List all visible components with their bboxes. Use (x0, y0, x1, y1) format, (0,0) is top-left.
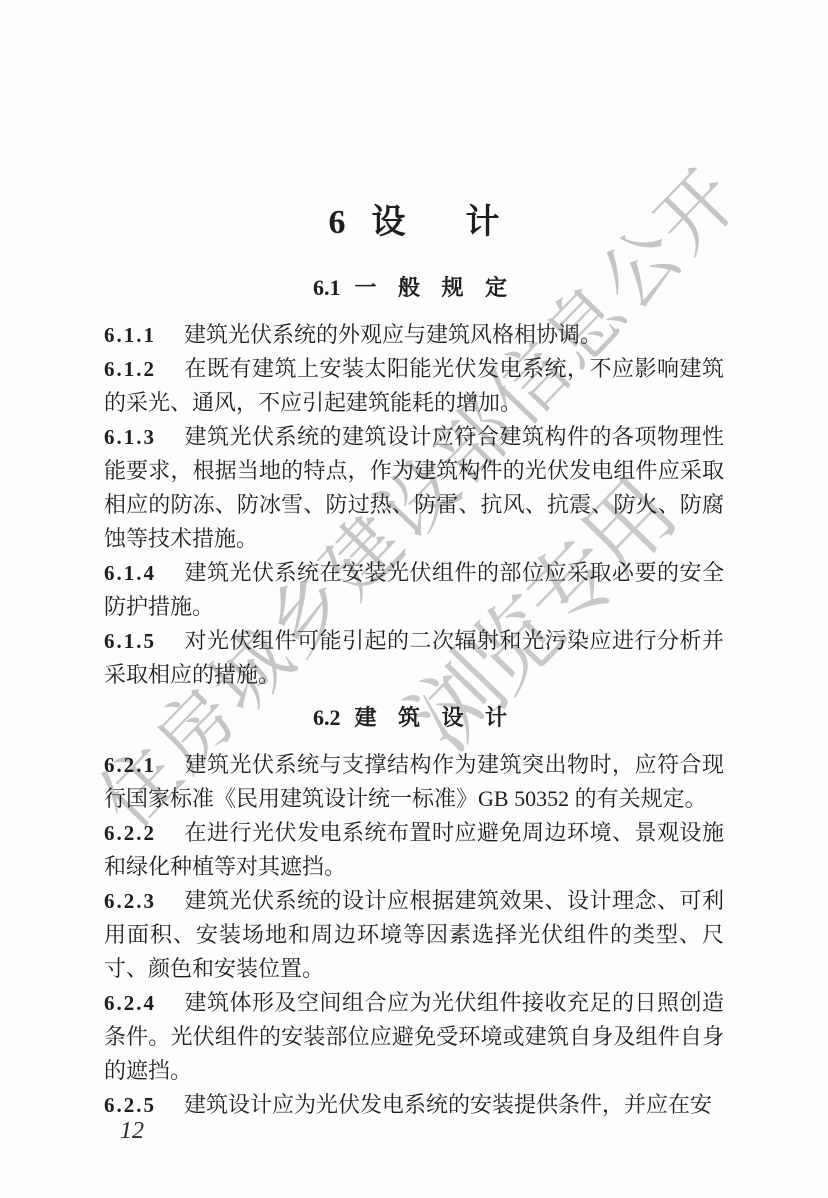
clause-text: 在进行光伏发电系统布置时应避免周边环境、景观设施和绿化种植等对其遮挡。 (104, 820, 724, 879)
clause-6-1-2: 6.1.2在既有建筑上安装太阳能光伏发电系统，不应影响建筑的采光、通风，不应引起… (104, 352, 724, 420)
clause-number: 6.2.4 (104, 986, 184, 1020)
clause-text: 建筑体形及空间组合应为光伏组件接收充足的日照创造条件。光伏组件的安装部位应避免受… (104, 990, 724, 1083)
clause-number: 6.2.1 (104, 748, 184, 782)
section-number: 6.1 (313, 275, 341, 300)
clause-text: 在既有建筑上安装太阳能光伏发电系统，不应影响建筑的采光、通风，不应引起建筑能耗的… (104, 356, 724, 415)
clause-text: 建筑光伏系统的外观应与建筑风格相协调。 (184, 322, 602, 347)
clause-6-2-5: 6.2.5建筑设计应为光伏发电系统的安装提供条件，并应在安 (104, 1088, 724, 1122)
clause-number: 6.1.2 (104, 352, 184, 386)
page-content: 6设计 6.1一 般 规 定 6.1.1建筑光伏系统的外观应与建筑风格相协调。 … (104, 0, 724, 1122)
clause-6-1-4: 6.1.4建筑光伏系统在安装光伏组件的部位应采取必要的安全防护措施。 (104, 556, 724, 624)
clause-number: 6.1.1 (104, 318, 184, 352)
section-title: 建 筑 设 计 (354, 705, 515, 730)
chapter-number: 6 (329, 204, 346, 241)
clause-text: 建筑光伏系统的设计应根据建筑效果、设计理念、可利用面积、安装场地和周边环境等因素… (104, 888, 724, 981)
chapter-title-char-1: 设 (372, 204, 406, 241)
document-page: 住房城乡建设部信息公开 浏览专用 6设计 6.1一 般 规 定 6.1.1建筑光… (0, 0, 828, 1198)
clause-number: 6.1.5 (104, 624, 184, 658)
page-number: 12 (120, 1118, 144, 1145)
clause-6-1-5: 6.1.5对光伏组件可能引起的二次辐射和光污染应进行分析并采取相应的措施。 (104, 624, 724, 692)
clause-number: 6.2.5 (104, 1088, 184, 1122)
clause-text: 建筑光伏系统与支撑结构作为建筑突出物时，应符合现行国家标准《民用建筑设计统一标准… (104, 752, 724, 811)
clause-number: 6.1.3 (104, 420, 184, 454)
clause-text: 建筑设计应为光伏发电系统的安装提供条件，并应在安 (184, 1092, 712, 1117)
chapter-heading: 6设计 (104, 198, 724, 248)
section-heading-6-2: 6.2建 筑 设 计 (104, 706, 724, 730)
section-heading-6-1: 6.1一 般 规 定 (104, 276, 724, 300)
clause-6-1-1: 6.1.1建筑光伏系统的外观应与建筑风格相协调。 (104, 318, 724, 352)
clause-text: 建筑光伏系统的建筑设计应符合建筑构件的各项物理性能要求，根据当地的特点，作为建筑… (104, 424, 724, 551)
clause-number: 6.2.3 (104, 884, 184, 918)
clause-text: 建筑光伏系统在安装光伏组件的部位应采取必要的安全防护措施。 (104, 560, 724, 619)
clause-6-2-3: 6.2.3建筑光伏系统的设计应根据建筑效果、设计理念、可利用面积、安装场地和周边… (104, 884, 724, 986)
chapter-title-char-2: 计 (466, 204, 500, 241)
section-number: 6.2 (313, 705, 341, 730)
clause-6-1-3: 6.1.3建筑光伏系统的建筑设计应符合建筑构件的各项物理性能要求，根据当地的特点… (104, 420, 724, 556)
clause-6-2-1: 6.2.1建筑光伏系统与支撑结构作为建筑突出物时，应符合现行国家标准《民用建筑设… (104, 748, 724, 816)
clause-6-2-2: 6.2.2在进行光伏发电系统布置时应避免周边环境、景观设施和绿化种植等对其遮挡。 (104, 816, 724, 884)
clause-6-2-4: 6.2.4建筑体形及空间组合应为光伏组件接收充足的日照创造条件。光伏组件的安装部… (104, 986, 724, 1088)
clause-number: 6.1.4 (104, 556, 184, 590)
section-title: 一 般 规 定 (354, 275, 515, 300)
clause-text: 对光伏组件可能引起的二次辐射和光污染应进行分析并采取相应的措施。 (104, 628, 724, 687)
clause-number: 6.2.2 (104, 816, 184, 850)
